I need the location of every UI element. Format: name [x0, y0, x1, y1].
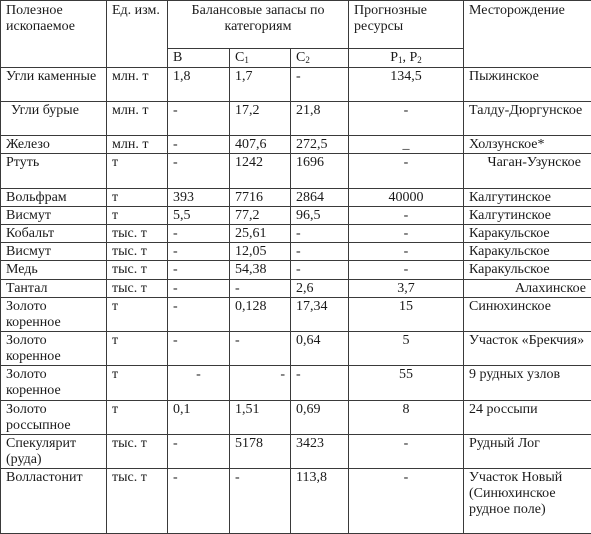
cell-c1: 54,38: [230, 261, 291, 279]
cell-c2: 17,34: [291, 297, 349, 331]
header-cat-c1: C1: [230, 49, 291, 67]
table-row: Угли бурыемлн. т-17,221,8-Талду-Дюргунск…: [1, 101, 591, 135]
cell-mineral: Вольфрам: [1, 188, 107, 206]
cell-b: -: [168, 469, 230, 534]
cell-mineral: Угли каменные: [1, 67, 107, 101]
cell-c1: 0,128: [230, 297, 291, 331]
cell-mineral: Висмут: [1, 206, 107, 224]
cell-deposit: Рудный Лог: [464, 434, 591, 468]
table-row: Вольфрамт3937716286440000Калгутинское: [1, 188, 591, 206]
cell-b: 393: [168, 188, 230, 206]
cell-c1: 1,51: [230, 400, 291, 434]
table-row: Золото коренноет---559 рудных узлов: [1, 366, 591, 400]
cell-c1: 407,6: [230, 136, 291, 154]
table-row: Ртутьт-12421696-Чаган-Узунское: [1, 154, 591, 188]
table-row: Спекулярит (руда)тыс. т-51783423-Рудный …: [1, 434, 591, 468]
cell-unit: т: [107, 331, 168, 365]
header-cat-c2: C2: [291, 49, 349, 67]
cell-c2: 2864: [291, 188, 349, 206]
cell-unit: т: [107, 154, 168, 188]
cell-b: -: [168, 136, 230, 154]
cell-c2: 113,8: [291, 469, 349, 534]
cell-unit: млн. т: [107, 101, 168, 135]
header-mineral: Полезное ископаемое: [1, 1, 107, 68]
cell-mineral: Золото коренное: [1, 297, 107, 331]
header-cat-p1-p2: P1, P2: [349, 49, 464, 67]
table-row: Висмуттыс. т-12,05--Каракульское: [1, 243, 591, 261]
cell-b: -: [168, 366, 230, 400]
cell-mineral: Золото коренное: [1, 331, 107, 365]
header-cat-b: B: [168, 49, 230, 67]
cell-p1-p2: 8: [349, 400, 464, 434]
cell-p1-p2: -: [349, 154, 464, 188]
cell-mineral: Спекулярит (руда): [1, 434, 107, 468]
cell-p1-p2: 55: [349, 366, 464, 400]
cell-c1: 25,61: [230, 225, 291, 243]
cell-unit: т: [107, 366, 168, 400]
cell-b: -: [168, 297, 230, 331]
cell-deposit: Калгутинское: [464, 188, 591, 206]
cell-c2: -: [291, 261, 349, 279]
cell-c1: 1242: [230, 154, 291, 188]
cell-c2: 1696: [291, 154, 349, 188]
cell-unit: тыс. т: [107, 243, 168, 261]
cell-deposit: Калгутинское: [464, 206, 591, 224]
cell-deposit: Алахинское: [464, 279, 591, 297]
table-row: Железомлн. т-407,6272,5_Холзунское*: [1, 136, 591, 154]
cell-deposit: Каракульское: [464, 243, 591, 261]
cell-p1-p2: -: [349, 101, 464, 135]
cell-c1: -: [230, 331, 291, 365]
cell-b: -: [168, 101, 230, 135]
cell-c1: -: [230, 469, 291, 534]
cell-c2: 2,6: [291, 279, 349, 297]
table-row: Медьтыс. т-54,38--Каракульское: [1, 261, 591, 279]
header-forecast-group: Прогнозные ресурсы: [349, 1, 464, 49]
table-row: Танталтыс. т--2,63,7Алахинское: [1, 279, 591, 297]
cell-mineral: Ртуть: [1, 154, 107, 188]
cell-b: -: [168, 154, 230, 188]
cell-unit: млн. т: [107, 67, 168, 101]
cell-c2: 0,64: [291, 331, 349, 365]
cell-unit: т: [107, 188, 168, 206]
cell-unit: млн. т: [107, 136, 168, 154]
cell-c2: -: [291, 366, 349, 400]
cell-p1-p2: -: [349, 206, 464, 224]
cell-c1: -: [230, 366, 291, 400]
cell-c2: 0,69: [291, 400, 349, 434]
cell-c2: 96,5: [291, 206, 349, 224]
cell-deposit: Талду-Дюргунское: [464, 101, 591, 135]
cell-c1: 17,2: [230, 101, 291, 135]
cell-deposit: Синюхинское: [464, 297, 591, 331]
table-row: Золото коренноет-0,12817,3415Синюхинское: [1, 297, 591, 331]
table-row: Угли каменныемлн. т1,81,7-134,5Пыжинское: [1, 67, 591, 101]
table-row: Кобальттыс. т-25,61--Каракульское: [1, 225, 591, 243]
cell-b: -: [168, 331, 230, 365]
cell-b: -: [168, 279, 230, 297]
cell-c2: -: [291, 67, 349, 101]
header-deposit: Месторождение: [464, 1, 591, 68]
cell-p1-p2: -: [349, 225, 464, 243]
table-row: Висмутт5,577,296,5-Калгутинское: [1, 206, 591, 224]
cell-mineral: Железо: [1, 136, 107, 154]
cell-mineral: Золото коренное: [1, 366, 107, 400]
cell-deposit: Каракульское: [464, 261, 591, 279]
cell-c2: 21,8: [291, 101, 349, 135]
cell-c1: -: [230, 279, 291, 297]
cell-p1-p2: -: [349, 434, 464, 468]
cell-mineral: Висмут: [1, 243, 107, 261]
table-row: Золото россыпноет0,11,510,69824 россыпи: [1, 400, 591, 434]
cell-mineral: Тантал: [1, 279, 107, 297]
cell-p1-p2: _: [349, 136, 464, 154]
cell-deposit: 24 россыпи: [464, 400, 591, 434]
cell-c2: -: [291, 225, 349, 243]
cell-p1-p2: -: [349, 261, 464, 279]
cell-c1: 1,7: [230, 67, 291, 101]
cell-deposit: 9 рудных узлов: [464, 366, 591, 400]
cell-b: -: [168, 261, 230, 279]
cell-c2: 272,5: [291, 136, 349, 154]
cell-mineral: Медь: [1, 261, 107, 279]
mineral-reserves-table: Полезное ископаемое Ед. изм. Балансовые …: [0, 0, 591, 534]
cell-c1: 77,2: [230, 206, 291, 224]
cell-c2: 3423: [291, 434, 349, 468]
header-unit: Ед. изм.: [107, 1, 168, 68]
cell-unit: тыс. т: [107, 279, 168, 297]
cell-mineral: Золото россыпное: [1, 400, 107, 434]
cell-c1: 12,05: [230, 243, 291, 261]
cell-p1-p2: -: [349, 243, 464, 261]
cell-p1-p2: -: [349, 469, 464, 534]
cell-deposit: Пыжинское: [464, 67, 591, 101]
cell-unit: тыс. т: [107, 261, 168, 279]
cell-deposit: Участок Новый (Синюхинское рудное поле): [464, 469, 591, 534]
cell-c2: -: [291, 243, 349, 261]
cell-deposit: Чаган-Узунское: [464, 154, 591, 188]
cell-p1-p2: 5: [349, 331, 464, 365]
cell-b: -: [168, 434, 230, 468]
cell-unit: т: [107, 400, 168, 434]
cell-b: 1,8: [168, 67, 230, 101]
cell-c1: 7716: [230, 188, 291, 206]
cell-unit: т: [107, 206, 168, 224]
cell-b: 0,1: [168, 400, 230, 434]
cell-b: -: [168, 225, 230, 243]
table-row: Золото коренноет--0,645Участок «Брекчия»: [1, 331, 591, 365]
cell-unit: т: [107, 297, 168, 331]
cell-c1: 5178: [230, 434, 291, 468]
cell-unit: тыс. т: [107, 225, 168, 243]
cell-unit: тыс. т: [107, 434, 168, 468]
header-row: Полезное ископаемое Ед. изм. Балансовые …: [1, 1, 591, 49]
cell-mineral: Угли бурые: [1, 101, 107, 135]
cell-p1-p2: 3,7: [349, 279, 464, 297]
cell-deposit: Каракульское: [464, 225, 591, 243]
cell-p1-p2: 40000: [349, 188, 464, 206]
cell-b: 5,5: [168, 206, 230, 224]
cell-mineral: Кобальт: [1, 225, 107, 243]
cell-p1-p2: 15: [349, 297, 464, 331]
cell-deposit: Участок «Брекчия»: [464, 331, 591, 365]
header-reserves-group: Балансовые запасы по категориям: [168, 1, 349, 49]
cell-b: -: [168, 243, 230, 261]
cell-unit: тыс. т: [107, 469, 168, 534]
cell-p1-p2: 134,5: [349, 67, 464, 101]
cell-deposit: Холзунское*: [464, 136, 591, 154]
cell-mineral: Волластонит: [1, 469, 107, 534]
table-row: Волластониттыс. т--113,8-Участок Новый (…: [1, 469, 591, 534]
